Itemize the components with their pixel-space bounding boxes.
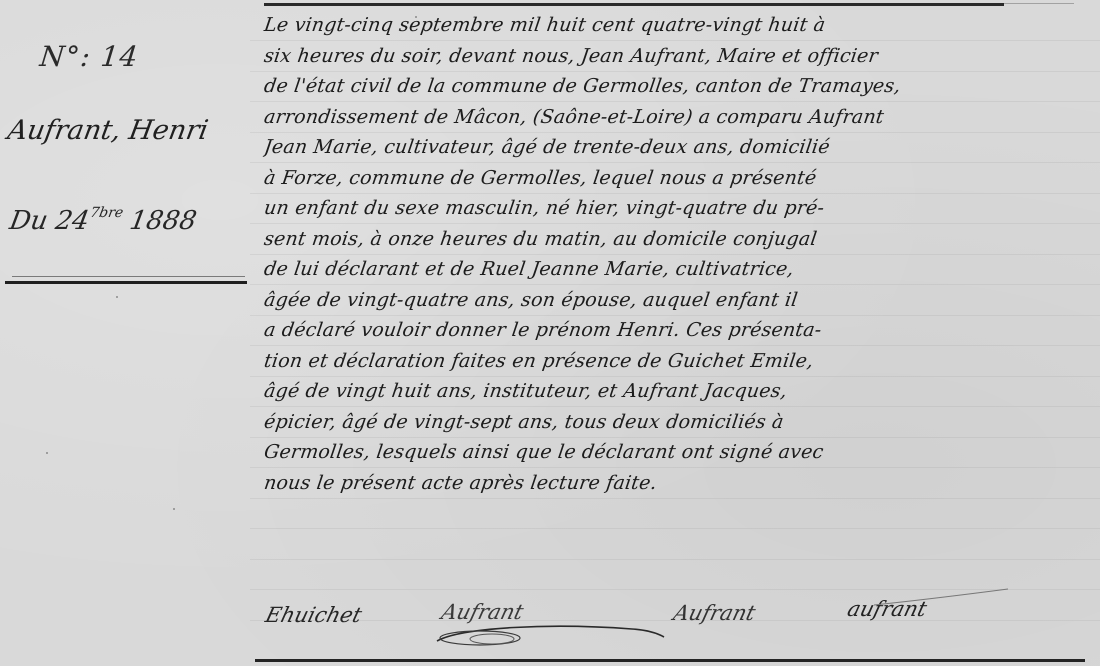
body-line: âgée de vingt-quatre ans, son épouse, au… [262,285,1066,316]
body-line: épicier, âgé de vingt-sept ans, tous deu… [262,407,1066,438]
scan-speck [173,508,175,510]
ruled-line [250,528,1100,529]
scan-speck [340,20,342,22]
signatures: Ehuichet Aufrant Aufrant aufrant [262,595,1062,645]
margin-date-year: 1888 [127,206,198,236]
signature-aufrant-jacques: Aufrant [671,601,758,625]
record-body: Le vingt-cinq septembre mil huit cent qu… [262,10,1062,498]
scan-speck [415,16,417,18]
body-line: Le vingt-cinq septembre mil huit cent qu… [262,10,1066,41]
body-line: Germolles, lesquels ainsi que le déclara… [262,437,1066,468]
signature-flourish-icon [432,621,672,647]
top-rule [264,3,1004,6]
body-line: nous le présent acte après lecture faite… [262,468,1066,499]
margin-date-month: 7bre [89,205,125,221]
register-page: N°: 14 Aufrant, Henri Du 247bre 1888 Le … [0,0,1100,666]
body-line: arrondissement de Mâcon, (Saône-et-Loire… [262,102,1066,133]
scan-speck [46,452,48,454]
record-number: N°: 14 [38,40,140,73]
signature-tail-icon [872,587,1012,607]
body-line: de l'état civil de la commune de Germoll… [262,71,1066,102]
margin-rule-thin [12,276,245,277]
margin-column: N°: 14 Aufrant, Henri Du 247bre 1888 [0,0,248,666]
body-line: a déclaré vouloir donner le prénom Henri… [262,315,1066,346]
margin-rule-thick [5,281,247,284]
scan-speck [116,296,118,298]
body-line: à Forze, commune de Germolles, lequel no… [262,163,1066,194]
signature-guichet: Ehuichet [263,603,364,627]
body-line: tion et déclaration faites en présence d… [262,346,1066,377]
ruled-line [250,559,1100,560]
margin-name: Aufrant, Henri [5,115,210,146]
body-line: sent mois, à onze heures du matin, au do… [262,224,1066,255]
body-line: âgé de vingt huit ans, instituteur, et A… [262,376,1066,407]
body-line: Jean Marie, cultivateur, âgé de trente-d… [262,132,1066,163]
top-rule-faint [1004,3,1074,4]
body-line: de lui déclarant et de Ruel Jeanne Marie… [262,254,1066,285]
body-line: un enfant du sexe masculin, né hier, vin… [262,193,1066,224]
body-line: six heures du soir, devant nous, Jean Au… [262,41,1066,72]
bottom-rule [255,659,1085,662]
margin-date: Du 247bre 1888 [7,205,199,236]
margin-date-prefix: Du 24 [7,206,91,236]
